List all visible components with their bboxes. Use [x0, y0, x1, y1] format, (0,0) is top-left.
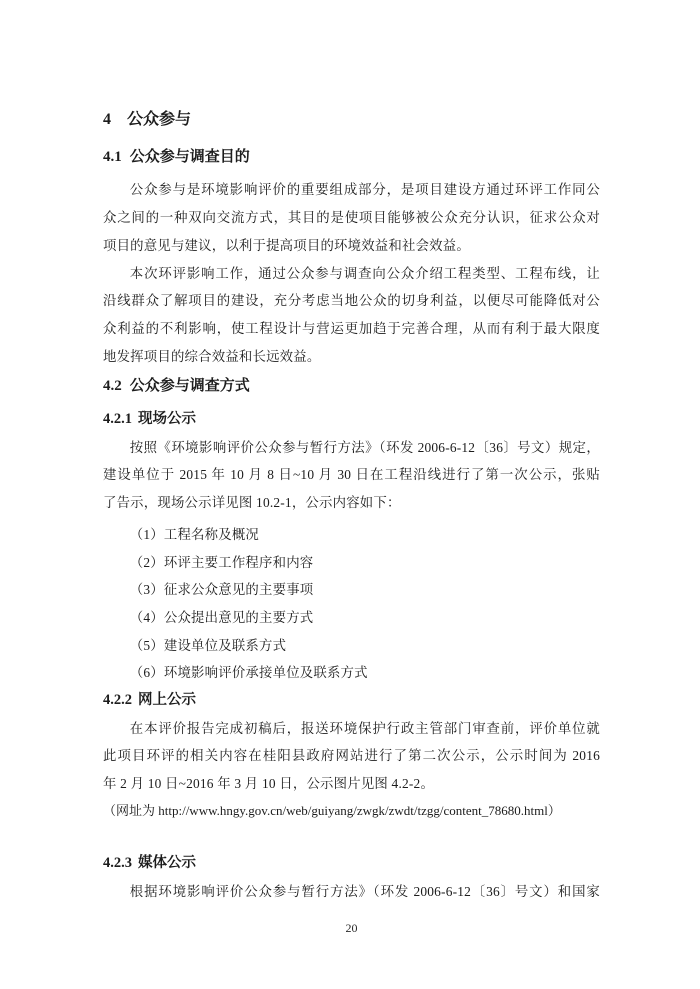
- subsection-number: 4.2.1: [103, 411, 132, 427]
- subsection-title: 媒体公示: [138, 855, 196, 871]
- page-footer: 20: [103, 921, 600, 936]
- section-title: 公众参与调查方式: [130, 377, 250, 394]
- subsection-heading-4-2-1: 4.2.1现场公示: [103, 406, 600, 434]
- paragraph-line: 沿线群众了解项目的建设，充分考虑当地公众的切身利益，以便尽可能降低对公: [103, 287, 600, 315]
- paragraph: 在本评价报告完成初稿后，报送环境保护行政主管部门审查前，评价单位就 此项目环评的…: [103, 715, 600, 798]
- section-number: 4.1: [103, 149, 122, 165]
- paragraph-line: 众之间的一种双向交流方式，其目的是使项目能够被公众充分认识，征求公众对: [103, 204, 600, 232]
- paragraph-line: 公众参与是环境影响评价的重要组成部分，是项目建设方通过环评工作同公: [103, 176, 600, 204]
- paragraph-line: 建设单位于 2015 年 10 月 8 日~10 月 30 日在工程沿线进行了第…: [103, 461, 600, 489]
- chapter-heading: 4公众参与: [103, 106, 600, 134]
- document-page: 4公众参与 4.1公众参与调查目的 公众参与是环境影响评价的重要组成部分，是项目…: [0, 0, 700, 989]
- subsection-number: 4.2.2: [103, 692, 132, 708]
- document-content: 4公众参与 4.1公众参与调查目的 公众参与是环境影响评价的重要组成部分，是项目…: [0, 0, 700, 936]
- subsection-number: 4.2.3: [103, 855, 132, 871]
- subsection-title: 网上公示: [138, 692, 196, 708]
- notice-url-text: （网址为 http://www.hngy.gov.cn/web/guiyang/…: [103, 798, 600, 823]
- subsection-title: 现场公示: [138, 411, 196, 427]
- list-item: （1）工程名称及概况: [103, 521, 600, 549]
- subsection-heading-4-2-2: 4.2.2网上公示: [103, 687, 600, 715]
- list-item: （6）环境影响评价承接单位及联系方式: [103, 659, 600, 687]
- list-item: （3）征求公众意见的主要事项: [103, 576, 600, 604]
- section-title: 公众参与调查目的: [130, 148, 250, 165]
- section-heading-4-1: 4.1公众参与调查目的: [103, 143, 600, 172]
- subsection-heading-4-2-3: 4.2.3媒体公示: [103, 850, 600, 878]
- paragraph: 根据环境影响评价公众参与暂行方法》（环发 2006-6-12〔36〕号文）和国家: [103, 878, 600, 906]
- paragraph-line: 本次环评影响工作，通过公众参与调查向公众介绍工程类型、工程布线，让: [103, 260, 600, 288]
- paragraph-line: 根据环境影响评价公众参与暂行方法》（环发 2006-6-12〔36〕号文）和国家: [103, 878, 600, 906]
- list-item: （4）公众提出意见的主要方式: [103, 604, 600, 632]
- paragraph-line: 此项目环评的相关内容在桂阳县政府网站进行了第二次公示，公示时间为 2016: [103, 742, 600, 770]
- paragraph-line: 按照《环境影响评价公众参与暂行方法》（环发 2006-6-12〔36〕号文）规定…: [103, 434, 600, 462]
- list-item: （2）环评主要工作程序和内容: [103, 549, 600, 577]
- paragraph-line: 众利益的不利影响，使工程设计与营运更加趋于完善合理，从而有利于最大限度: [103, 315, 600, 343]
- paragraph: 本次环评影响工作，通过公众参与调查向公众介绍工程类型、工程布线，让 沿线群众了解…: [103, 260, 600, 371]
- paragraph-line: 地发挥项目的综合效益和长远效益。: [103, 343, 600, 371]
- chapter-title: 公众参与: [127, 111, 191, 128]
- paragraph-line: 年 2 月 10 日~2016 年 3 月 10 日，公示图片见图 4.2-2。: [103, 770, 600, 798]
- chapter-number: 4: [103, 111, 111, 128]
- page-number: 20: [346, 921, 358, 935]
- paragraph-line: 在本评价报告完成初稿后，报送环境保护行政主管部门审查前，评价单位就: [103, 715, 600, 743]
- paragraph-line: 了告示，现场公示详见图 10.2-1，公示内容如下：: [103, 489, 600, 517]
- paragraph: 公众参与是环境影响评价的重要组成部分，是项目建设方通过环评工作同公 众之间的一种…: [103, 176, 600, 259]
- paragraph-line: 项目的意见与建议，以利于提高项目的环境效益和社会效益。: [103, 232, 600, 260]
- notice-content-list: （1）工程名称及概况 （2）环评主要工作程序和内容 （3）征求公众意见的主要事项…: [103, 521, 600, 687]
- list-item: （5）建设单位及联系方式: [103, 632, 600, 660]
- paragraph: 按照《环境影响评价公众参与暂行方法》（环发 2006-6-12〔36〕号文）规定…: [103, 434, 600, 517]
- section-number: 4.2: [103, 378, 122, 394]
- section-heading-4-2: 4.2公众参与调查方式: [103, 372, 600, 401]
